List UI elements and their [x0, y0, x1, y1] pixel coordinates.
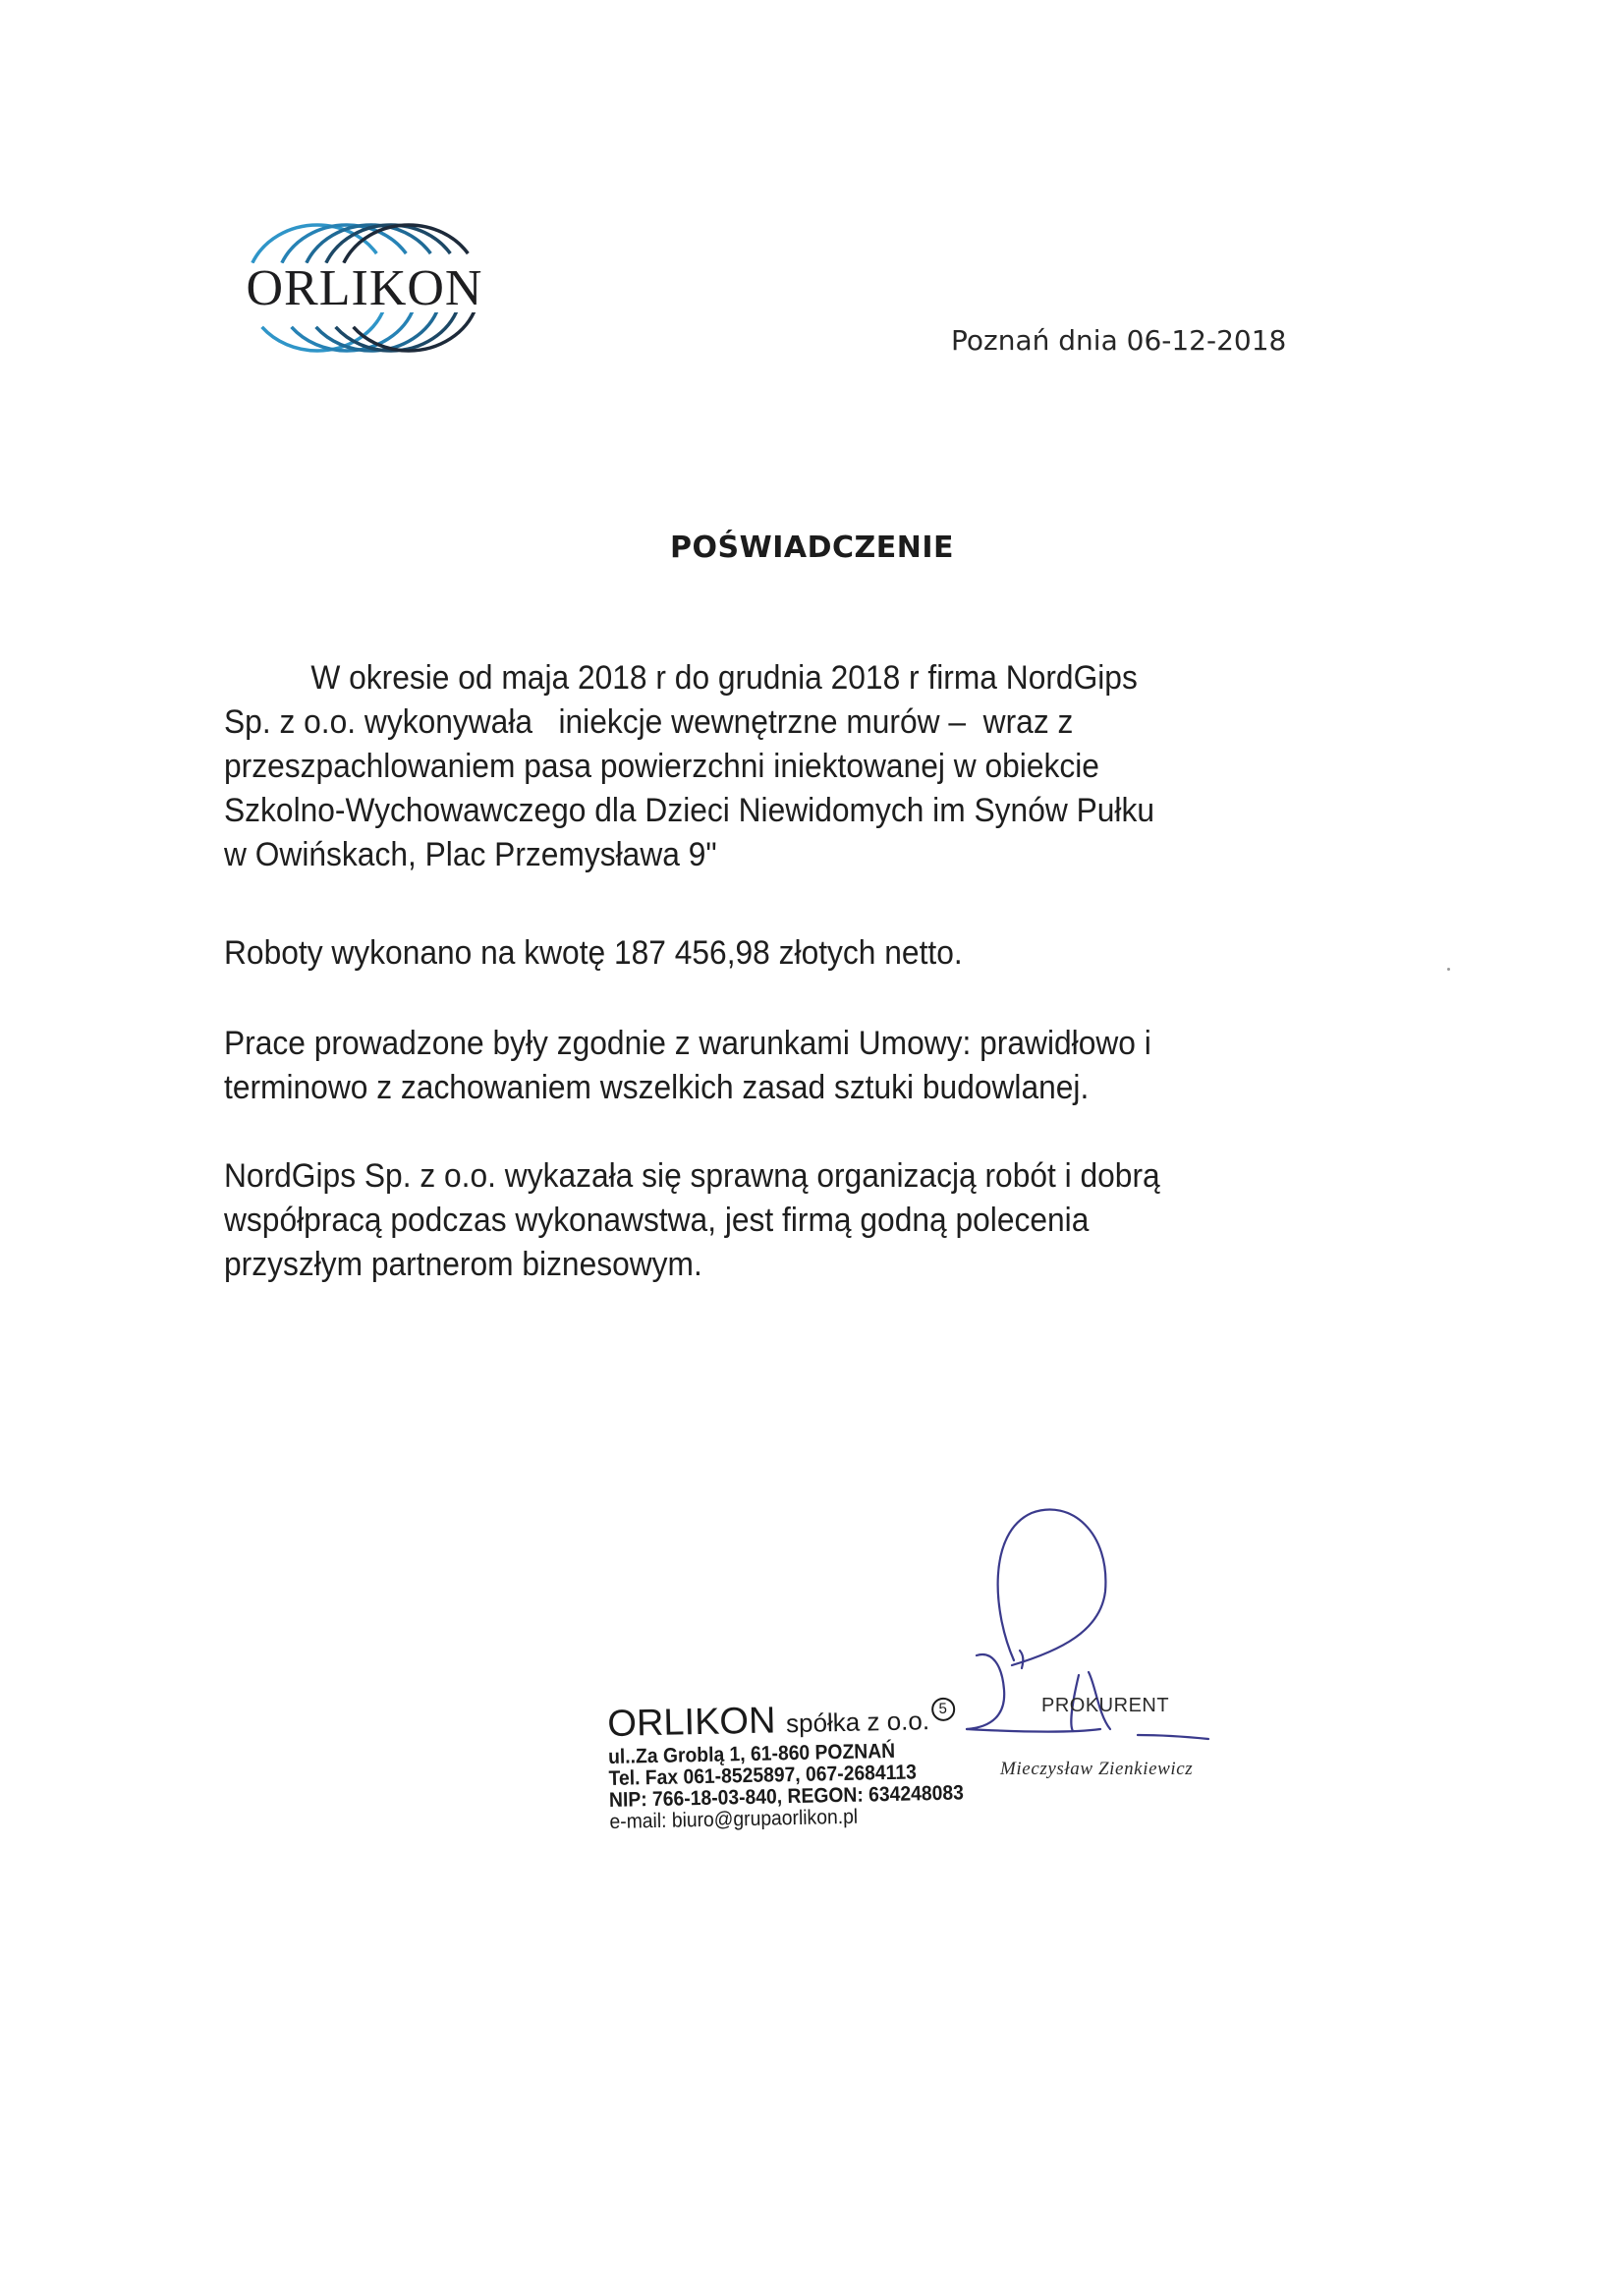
text-line: w Owińskach, Plac Przemysława 9": [224, 833, 1236, 877]
text-line: terminowo z zachowaniem wszelkich zasad …: [224, 1066, 1236, 1110]
document-title: POŚWIADCZENIE: [0, 531, 1624, 565]
company-logo: ORLIKON: [224, 214, 499, 362]
text-line: współpracą podczas wykonawstwa, jest fir…: [224, 1199, 1236, 1243]
date-line: Poznań dnia 06-12-2018: [951, 324, 1286, 357]
signer-role: PROKURENT: [1041, 1695, 1169, 1717]
document-page: ORLIKON Poznań dnia 06-12-2018 POŚWIADCZ…: [0, 0, 1624, 2296]
signature-scribble-icon: [963, 1493, 1258, 1768]
company-stamp: ORLIKON spółka z o.o.5 ul..Za Groblą 1, …: [607, 1697, 993, 1833]
text-line: NordGips Sp. z o.o. wykazała się sprawną…: [224, 1154, 1236, 1199]
signer-name: Mieczysław Zienkiewicz: [1000, 1759, 1193, 1780]
text-line: przyszłym partnerom biznesowym.: [224, 1243, 1236, 1287]
handwritten-signature: [963, 1493, 1258, 1768]
logo-wordmark: ORLIKON: [232, 259, 497, 317]
scan-speck: [1447, 968, 1450, 971]
text-line: przeszpachlowaniem pasa powierzchni inie…: [224, 745, 1236, 789]
paragraph-compliance: Prace prowadzone były zgodnie z warunkam…: [224, 1022, 1236, 1110]
text-line: Prace prowadzone były zgodnie z warunkam…: [224, 1022, 1236, 1066]
text-line: W okresie od maja 2018 r do grudnia 2018…: [224, 656, 1236, 700]
text-line: Roboty wykonano na kwotę 187 456,98 złot…: [224, 931, 1236, 976]
text-line: Szkolno-Wychowawczego dla Dzieci Niewido…: [224, 789, 1236, 833]
text-line: Sp. z o.o. wykonywała iniekcje wewnętrzn…: [224, 700, 1236, 745]
stamp-legal-form: spółka z o.o.: [786, 1706, 930, 1738]
paragraph-recommendation: NordGips Sp. z o.o. wykazała się sprawną…: [224, 1154, 1236, 1287]
paragraph-amount: Roboty wykonano na kwotę 187 456,98 złot…: [224, 931, 1236, 976]
stamp-company-name: ORLIKON: [607, 1700, 776, 1745]
stamp-email: e-mail: biuro@grupaorlikon.pl: [609, 1804, 962, 1833]
paragraph-scope-of-work: W okresie od maja 2018 r do grudnia 2018…: [224, 656, 1236, 877]
stamp-number-badge: 5: [931, 1698, 955, 1721]
